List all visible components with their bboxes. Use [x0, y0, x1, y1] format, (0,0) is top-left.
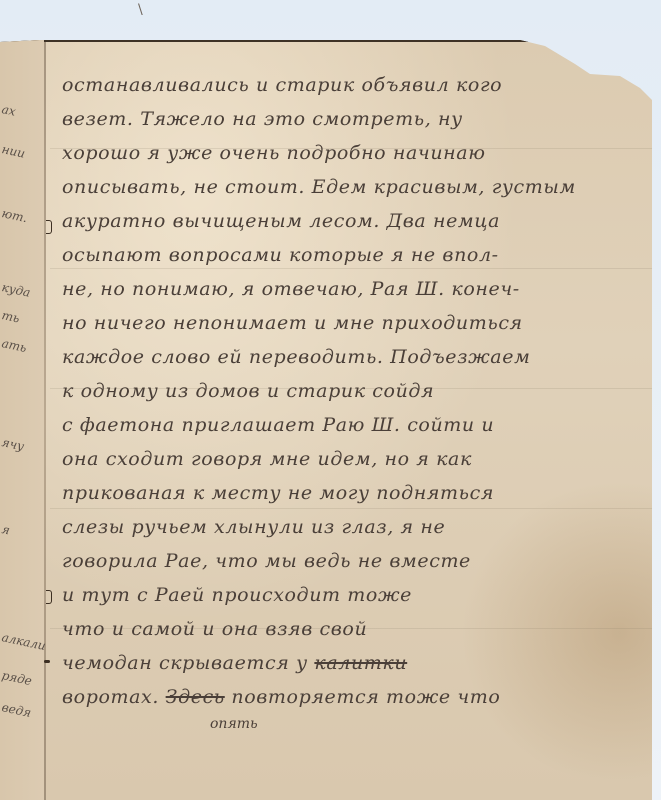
text-line: она сходит говоря мне идем, но я как: [62, 448, 472, 470]
text-line: описывать, не стоит. Едем красивым, густ…: [62, 176, 576, 198]
stray-mark: \: [138, 2, 143, 18]
text-line: каждое слово ей переводить. Подъезжаем: [62, 346, 530, 368]
text-line: везет. Тяжело на это смотреть, ну: [62, 108, 463, 130]
text-line: акуратно вычищеным лесом. Два немца: [62, 210, 500, 232]
staple-hole: [44, 660, 50, 663]
text-segment: воротах.: [62, 686, 166, 708]
text-line: но ничего непонимает и мне приходиться: [62, 312, 523, 334]
text-line: с фаетона приглашает Раю Ш. сойти и: [62, 414, 494, 436]
struck-word: Здесь: [166, 686, 225, 708]
text-line: говорила Рае, что мы ведь не вместе: [62, 550, 471, 572]
staple-mark: [46, 220, 52, 234]
text-line: прикованая к месту не могу подняться: [62, 482, 494, 504]
text-line: осыпают вопросами которые я не впол-: [62, 244, 499, 266]
text-line: слезы ручьем хлынули из глаз, я не: [62, 516, 445, 538]
text-line: не, но понимаю, я отвечаю, Рая Ш. конеч-: [62, 278, 520, 300]
fold-line: [44, 42, 46, 800]
text-line: что и самой и она взяв свой: [62, 618, 367, 640]
text-line: хорошо я уже очень подробно начинаю: [62, 142, 486, 164]
text-segment: повторяется тоже что: [225, 686, 501, 708]
margin-fragment: ах: [1, 102, 18, 119]
staple-mark: [46, 590, 52, 604]
text-line: и тут с Раей происходит тоже: [62, 584, 412, 606]
struck-word: калитки: [314, 652, 407, 674]
inserted-correction: опять: [210, 716, 258, 732]
text-line-with-strikeout: воротах. Здесь повторяется тоже что: [62, 686, 500, 708]
ruled-line: [50, 268, 652, 269]
text-line: останавливались и старик объявил кого: [62, 74, 502, 96]
letter-page: ах нии ют. куда ть ать ячу я алкали ряде…: [0, 40, 652, 800]
text-line: к одному из домов и старик сойдя: [62, 380, 434, 402]
text-line-with-strikeout: чемодан скрывается у калитки: [62, 652, 407, 674]
text-segment: чемодан скрывается у: [62, 652, 314, 674]
ruled-line: [50, 508, 652, 509]
